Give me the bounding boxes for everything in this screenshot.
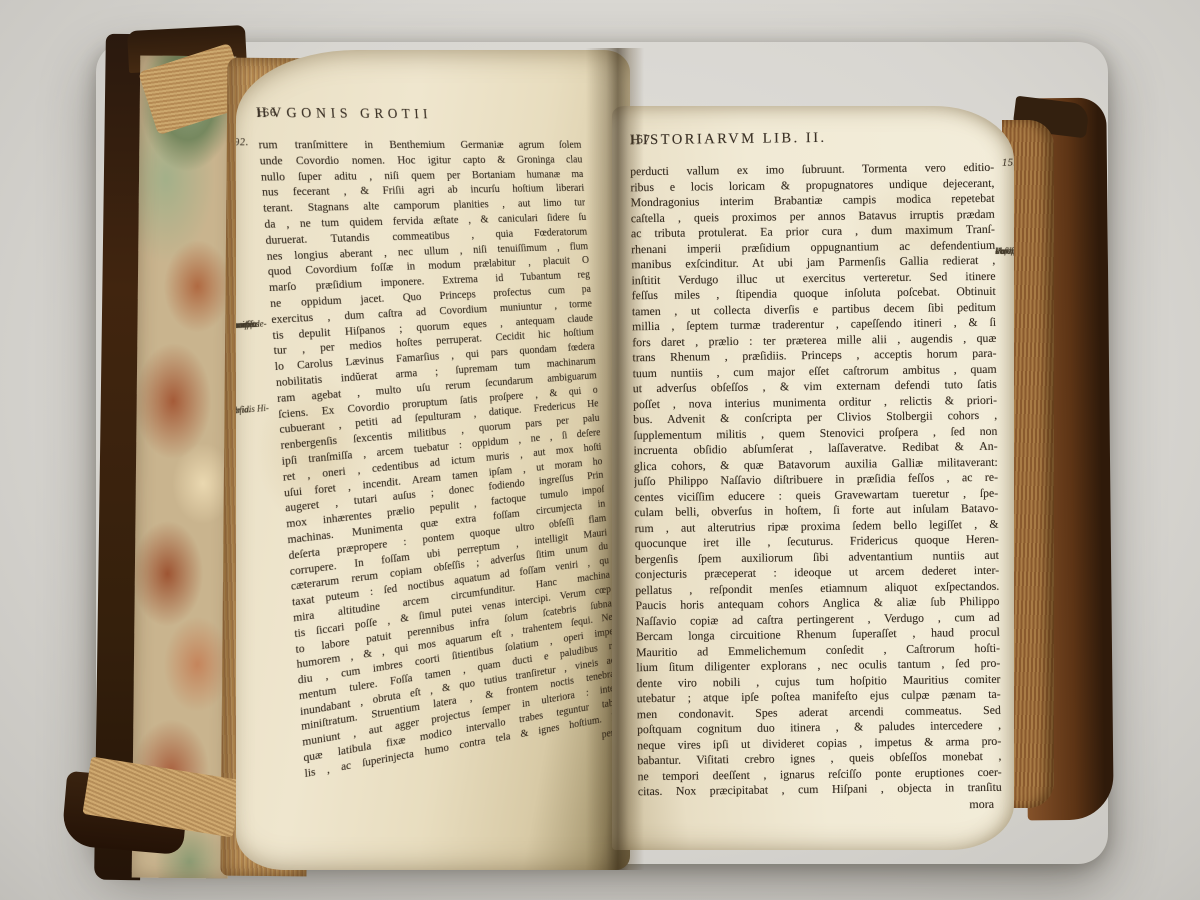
right-running-title: HISTORIARVM LIB. II. (630, 130, 827, 149)
right-running-head: HISTORIARVM LIB. II. 167 (630, 128, 994, 158)
text-line: rum tranſmittere in Benthemium Germaniæ … (258, 137, 582, 153)
text-line: trat. (995, 246, 1010, 257)
text-line: ſtoria. (236, 404, 251, 417)
left-running-title: HVGONIS GROTII (256, 105, 433, 123)
text-line: occumbit. (236, 319, 258, 332)
left-body-text: rum tranſmittere in Benthemium Germaniæ … (258, 137, 620, 781)
left-running-head: 166 HVGONIS GROTII (256, 105, 581, 132)
right-page-number: 167 (630, 132, 651, 147)
right-catchword: mora (638, 796, 1002, 815)
left-margin-note-1: OthmarſaHiſpani aPrincipe de-pelluntur.F… (236, 318, 271, 321)
right-page: HISTORIARVM LIB. II. 167 1592. Verdugo a… (612, 106, 1014, 850)
right-page-text-block: HISTORIARVM LIB. II. 167 1592. Verdugo a… (630, 128, 1003, 832)
photo-of-open-antique-book: 166 HVGONIS GROTII 1592. OthmarſaHiſpani… (0, 0, 1200, 900)
right-year-marginal: 1592. (1002, 157, 1014, 168)
right-body-text: perducti vallum ex imo ſubruunt. Torment… (630, 160, 1002, 800)
left-year-marginal: 1592. (236, 137, 249, 148)
left-page: 166 HVGONIS GROTII 1592. OthmarſaHiſpani… (236, 50, 630, 870)
left-page-text-block: 166 HVGONIS GROTII 1592. OthmarſaHiſpani… (256, 105, 625, 860)
right-margin-note-1: Verdugo aParmenſiobſeſſis auxi-lia impe-… (995, 245, 1014, 246)
